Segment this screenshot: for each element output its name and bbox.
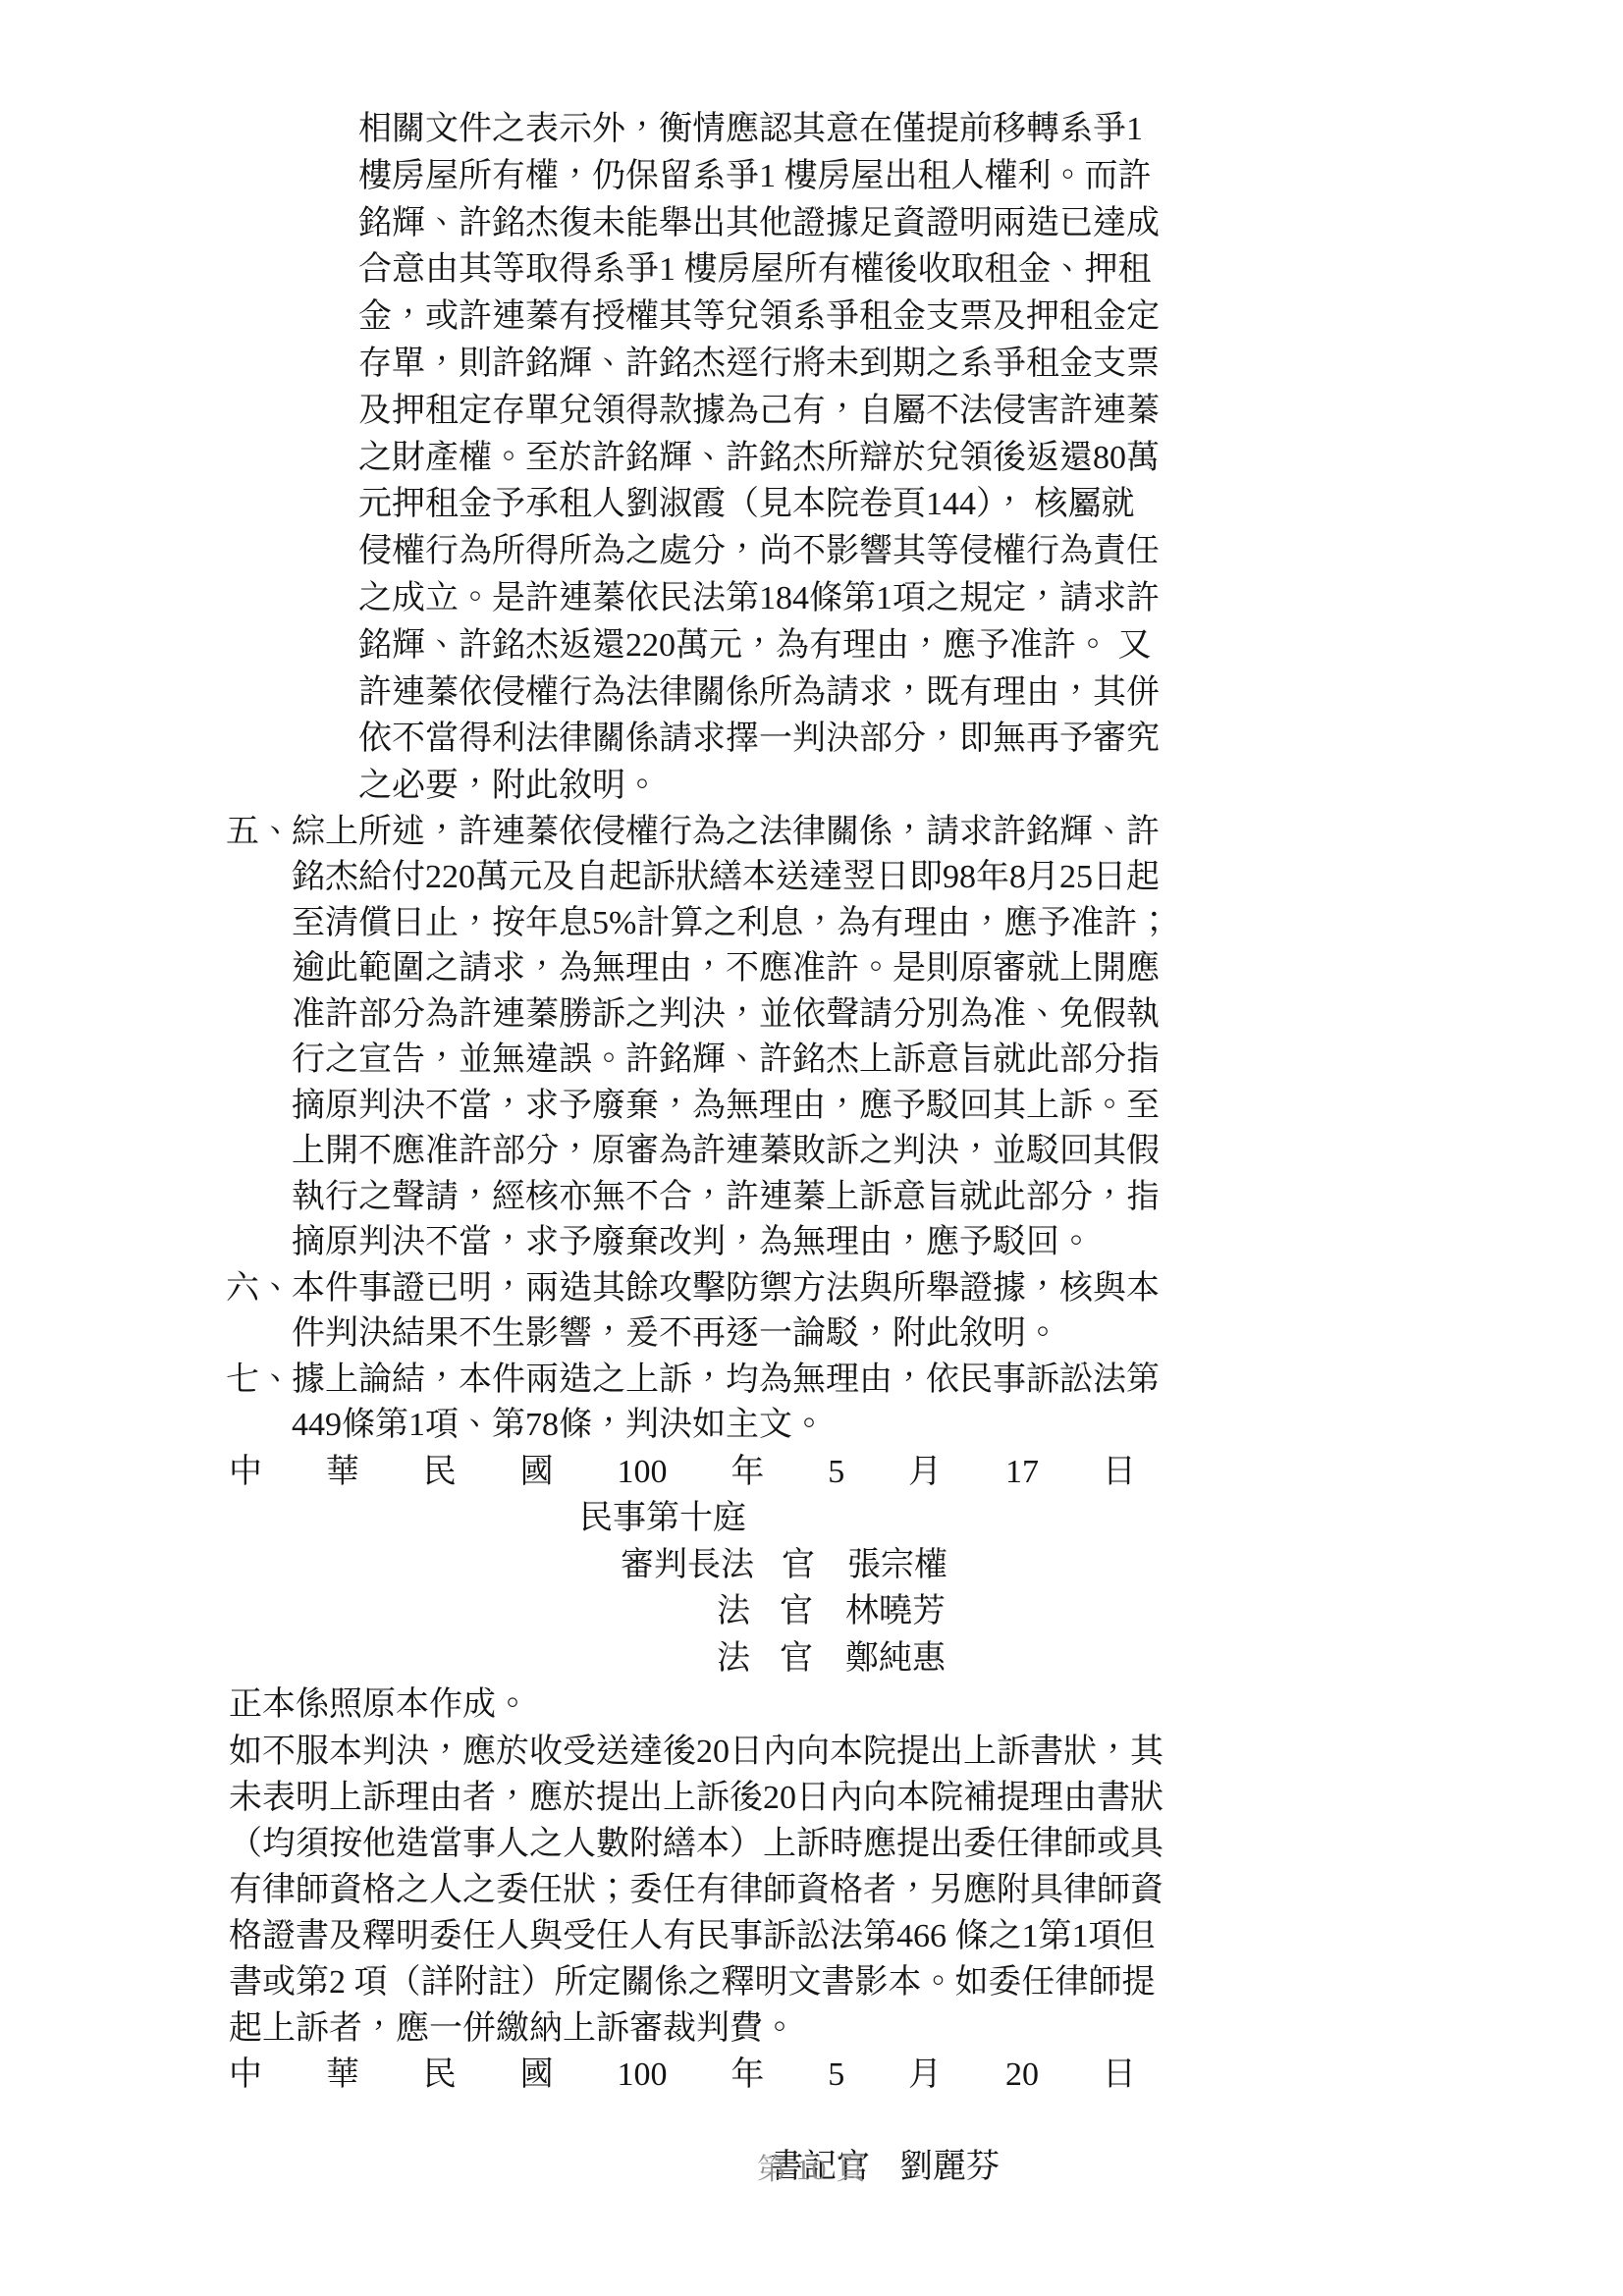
item-text: 本件事證已明，兩造其餘攻擊防禦方法與所舉證據，核與本 bbox=[292, 1270, 1160, 1307]
judge-name: 鄭純惠 bbox=[845, 1640, 946, 1677]
judgment-page: 相關文件之表示外，衡情應認其意在僅提前移轉系爭1樓房屋所有權，仍保留系爭1 樓房… bbox=[0, 0, 1623, 2296]
judge-role: 法 bbox=[717, 1593, 750, 1629]
date-part: 中 bbox=[229, 2052, 262, 2098]
continuation-paragraph: 相關文件之表示外，衡情應認其意在僅提前移轉系爭1樓房屋所有權，仍保留系爭1 樓房… bbox=[0, 106, 1623, 810]
paragraph-line: 及押租定存單兌領得款據為己有，自屬不法侵害許連蓁 bbox=[358, 388, 1623, 435]
numbered-item-first-line: 五、綜上所述，許連蓁依侵權行為之法律關係，請求許銘輝、許 bbox=[226, 810, 1623, 856]
numbered-item-line: 件判決結果不生影響，爰不再逐一論駁，附此敘明。 bbox=[292, 1311, 1623, 1358]
paragraph-line: 合意由其等取得系爭1 樓房屋所有權後收取租金、押租 bbox=[358, 246, 1623, 294]
appeal-notice-line: 格證書及釋明委任人與受任人有民事訴訟法第466 條之1第1項但 bbox=[229, 1913, 1623, 1959]
judges-block: 審判長法官張宗權法官林曉芳法官鄭純惠 bbox=[0, 1542, 1623, 1682]
appeal-notice-line: 書或第2 項（詳附註）所定關係之釋明文書影本。如委任律師提 bbox=[229, 1959, 1623, 2005]
judgment-text: 相關文件之表示外，衡情應認其意在僅提前移轉系爭1樓房屋所有權，仍保留系爭1 樓房… bbox=[0, 106, 1623, 2236]
presiding-judge-row: 審判長法官張宗權 bbox=[621, 1542, 1623, 1589]
paragraph-line: 銘輝、許銘杰復未能舉出其他證據足資證明兩造已達成 bbox=[358, 200, 1623, 247]
item-text: 綜上所述，許連蓁依侵權行為之法律關係，請求許銘輝、許 bbox=[292, 814, 1160, 850]
paragraph-line: 銘輝、許銘杰返還220萬元，為有理由，應予准許。 又 bbox=[358, 622, 1623, 669]
judge-role-suffix: 官 bbox=[780, 1640, 813, 1677]
judge-role: 審判長法 bbox=[621, 1547, 754, 1583]
numbered-item-line: 執行之聲請，經核亦無不合，許連蓁上訴意旨就此部分，指 bbox=[292, 1175, 1623, 1221]
paragraph-line: 之財產權。至於許銘輝、許銘杰所辯於兌領後返還80萬 bbox=[358, 435, 1623, 482]
spacer bbox=[813, 1668, 845, 1669]
date-part: 國 bbox=[520, 1449, 554, 1496]
numbered-item-line: 摘原判決不當，求予廢棄改判，為無理由，應予駁回。 bbox=[292, 1220, 1623, 1266]
paragraph-line: 金，或許連蓁有授權其等兌領系爭租金支票及押租金定 bbox=[358, 294, 1623, 341]
numbered-item-line: 上開不應准許部分，原審為許連蓁敗訴之判決，並駁回其假 bbox=[292, 1129, 1623, 1175]
numbered-item-line: 逾此範圍之請求，為無理由，不應准許。是則原審就上開應 bbox=[292, 946, 1623, 992]
page-number-footer: 第 10 頁 bbox=[0, 2145, 1623, 2188]
service-date-line: 中華民國100年5月20日 bbox=[229, 2052, 1136, 2098]
appeal-notice-line: （均須按他造當事人之人數附繕本）上訴時應提出委任律師或具 bbox=[229, 1821, 1623, 1867]
numbered-item-line: 銘杰給付220萬元及自起訴狀繕本送達翌日即98年8月25日起 bbox=[292, 855, 1623, 901]
paragraph-line: 之成立。是許連蓁依民法第184條第1項之規定，請求許 bbox=[358, 575, 1623, 622]
judge-name: 張宗權 bbox=[847, 1547, 947, 1583]
date-part: 民 bbox=[423, 1449, 457, 1496]
judge-row: 法官林曉芳 bbox=[717, 1588, 1623, 1635]
appeal-notice-line: 未表明上訴理由者，應於提出上訴後20日內向本院補提理由書狀 bbox=[229, 1775, 1623, 1821]
date-part: 日 bbox=[1103, 1449, 1136, 1496]
date-part: 100 bbox=[618, 2052, 668, 2098]
date-part: 國 bbox=[520, 2052, 554, 2098]
date-part: 民 bbox=[423, 2052, 457, 2098]
paragraph-line: 依不當得利法律關係請求擇一判決部分，即無再予審究 bbox=[358, 716, 1623, 763]
date-part: 月 bbox=[908, 1449, 942, 1496]
item-marker: 七、 bbox=[226, 1358, 292, 1404]
date-part: 日 bbox=[1103, 2052, 1136, 2098]
date-part: 5 bbox=[828, 2052, 844, 2098]
paragraph-line: 之必要，附此敘明。 bbox=[358, 763, 1623, 810]
spacer bbox=[750, 1668, 780, 1669]
item-marker: 五、 bbox=[226, 810, 292, 856]
appeal-notice-line: 起上訴者，應一併繳納上訴審裁判費。 bbox=[229, 2005, 1623, 2052]
paragraph-line: 許連蓁依侵權行為法律關係所為請求，既有理由，其併 bbox=[358, 669, 1623, 717]
date-part: 年 bbox=[730, 2052, 764, 2098]
spacer bbox=[754, 1575, 782, 1575]
date-part: 5 bbox=[828, 1449, 844, 1496]
spacer bbox=[750, 1621, 780, 1622]
paragraph-line: 相關文件之表示外，衡情應認其意在僅提前移轉系爭1 bbox=[358, 106, 1623, 153]
date-part: 17 bbox=[1005, 1449, 1039, 1496]
certify-note: 正本係照原本作成。 bbox=[229, 1682, 1623, 1729]
judge-row: 法官鄭純惠 bbox=[717, 1635, 1623, 1682]
date-part: 中 bbox=[229, 1449, 262, 1496]
paragraph-line: 存單，則許銘輝、許銘杰逕行將未到期之系爭租金支票 bbox=[358, 341, 1623, 388]
judge-role-suffix: 官 bbox=[782, 1547, 815, 1583]
judge-name: 林曉芳 bbox=[845, 1593, 946, 1629]
paragraph-line: 侵權行為所得所為之處分，尚不影響其等侵權行為責任 bbox=[358, 528, 1623, 575]
item-text: 據上論結，本件兩造之上訴，均為無理由，依民事訴訟法第 bbox=[292, 1362, 1160, 1398]
date-part: 100 bbox=[618, 1449, 668, 1496]
date-part: 月 bbox=[908, 2052, 942, 2098]
paragraph-line: 元押租金予承租人劉淑霞（見本院卷頁144）， 核屬就 bbox=[358, 481, 1623, 528]
judge-role-suffix: 官 bbox=[780, 1593, 813, 1629]
judge-role: 法 bbox=[717, 1640, 750, 1677]
court-division: 民事第十庭 bbox=[579, 1495, 1623, 1542]
appeal-notice-line: 如不服本判決，應於收受送達後20日內向本院提出上訴書狀，其 bbox=[229, 1729, 1623, 1775]
spacer bbox=[815, 1575, 847, 1575]
date-part: 年 bbox=[730, 1449, 764, 1496]
numbered-items: 五、綜上所述，許連蓁依侵權行為之法律關係，請求許銘輝、許銘杰給付220萬元及自起… bbox=[0, 810, 1623, 1449]
numbered-item-line: 449條第1項、第78條，判決如主文。 bbox=[292, 1403, 1623, 1449]
appeal-notice-line: 有律師資格之人之委任狀；委任有律師資格者，另應附具律師資 bbox=[229, 1867, 1623, 1913]
numbered-item-first-line: 六、本件事證已明，兩造其餘攻擊防禦方法與所舉證據，核與本 bbox=[226, 1266, 1623, 1312]
paragraph-line: 樓房屋所有權，仍保留系爭1 樓房屋出租人權利。而許 bbox=[358, 153, 1623, 200]
numbered-item-first-line: 七、據上論結，本件兩造之上訴，均為無理由，依民事訴訟法第 bbox=[226, 1358, 1623, 1404]
item-marker: 六、 bbox=[226, 1266, 292, 1312]
date-part: 華 bbox=[326, 1449, 359, 1496]
date-part: 華 bbox=[326, 2052, 359, 2098]
numbered-item-line: 行之宣告，並無違誤。許銘輝、許銘杰上訴意旨就此部分指 bbox=[292, 1038, 1623, 1084]
appeal-notice: 如不服本判決，應於收受送達後20日內向本院提出上訴書狀，其未表明上訴理由者，應於… bbox=[0, 1729, 1623, 2052]
numbered-item-line: 摘原判決不當，求予廢棄，為無理由，應予駁回其上訴。至 bbox=[292, 1084, 1623, 1130]
spacer bbox=[813, 1621, 845, 1622]
judgment-date-line: 中華民國100年5月17日 bbox=[229, 1449, 1136, 1496]
date-part: 20 bbox=[1005, 2052, 1039, 2098]
numbered-item-line: 至清償日止，按年息5%計算之利息，為有理由，應予准許； bbox=[292, 901, 1623, 947]
numbered-item-line: 准許部分為許連蓁勝訴之判決，並依聲請分別為准、免假執 bbox=[292, 992, 1623, 1039]
